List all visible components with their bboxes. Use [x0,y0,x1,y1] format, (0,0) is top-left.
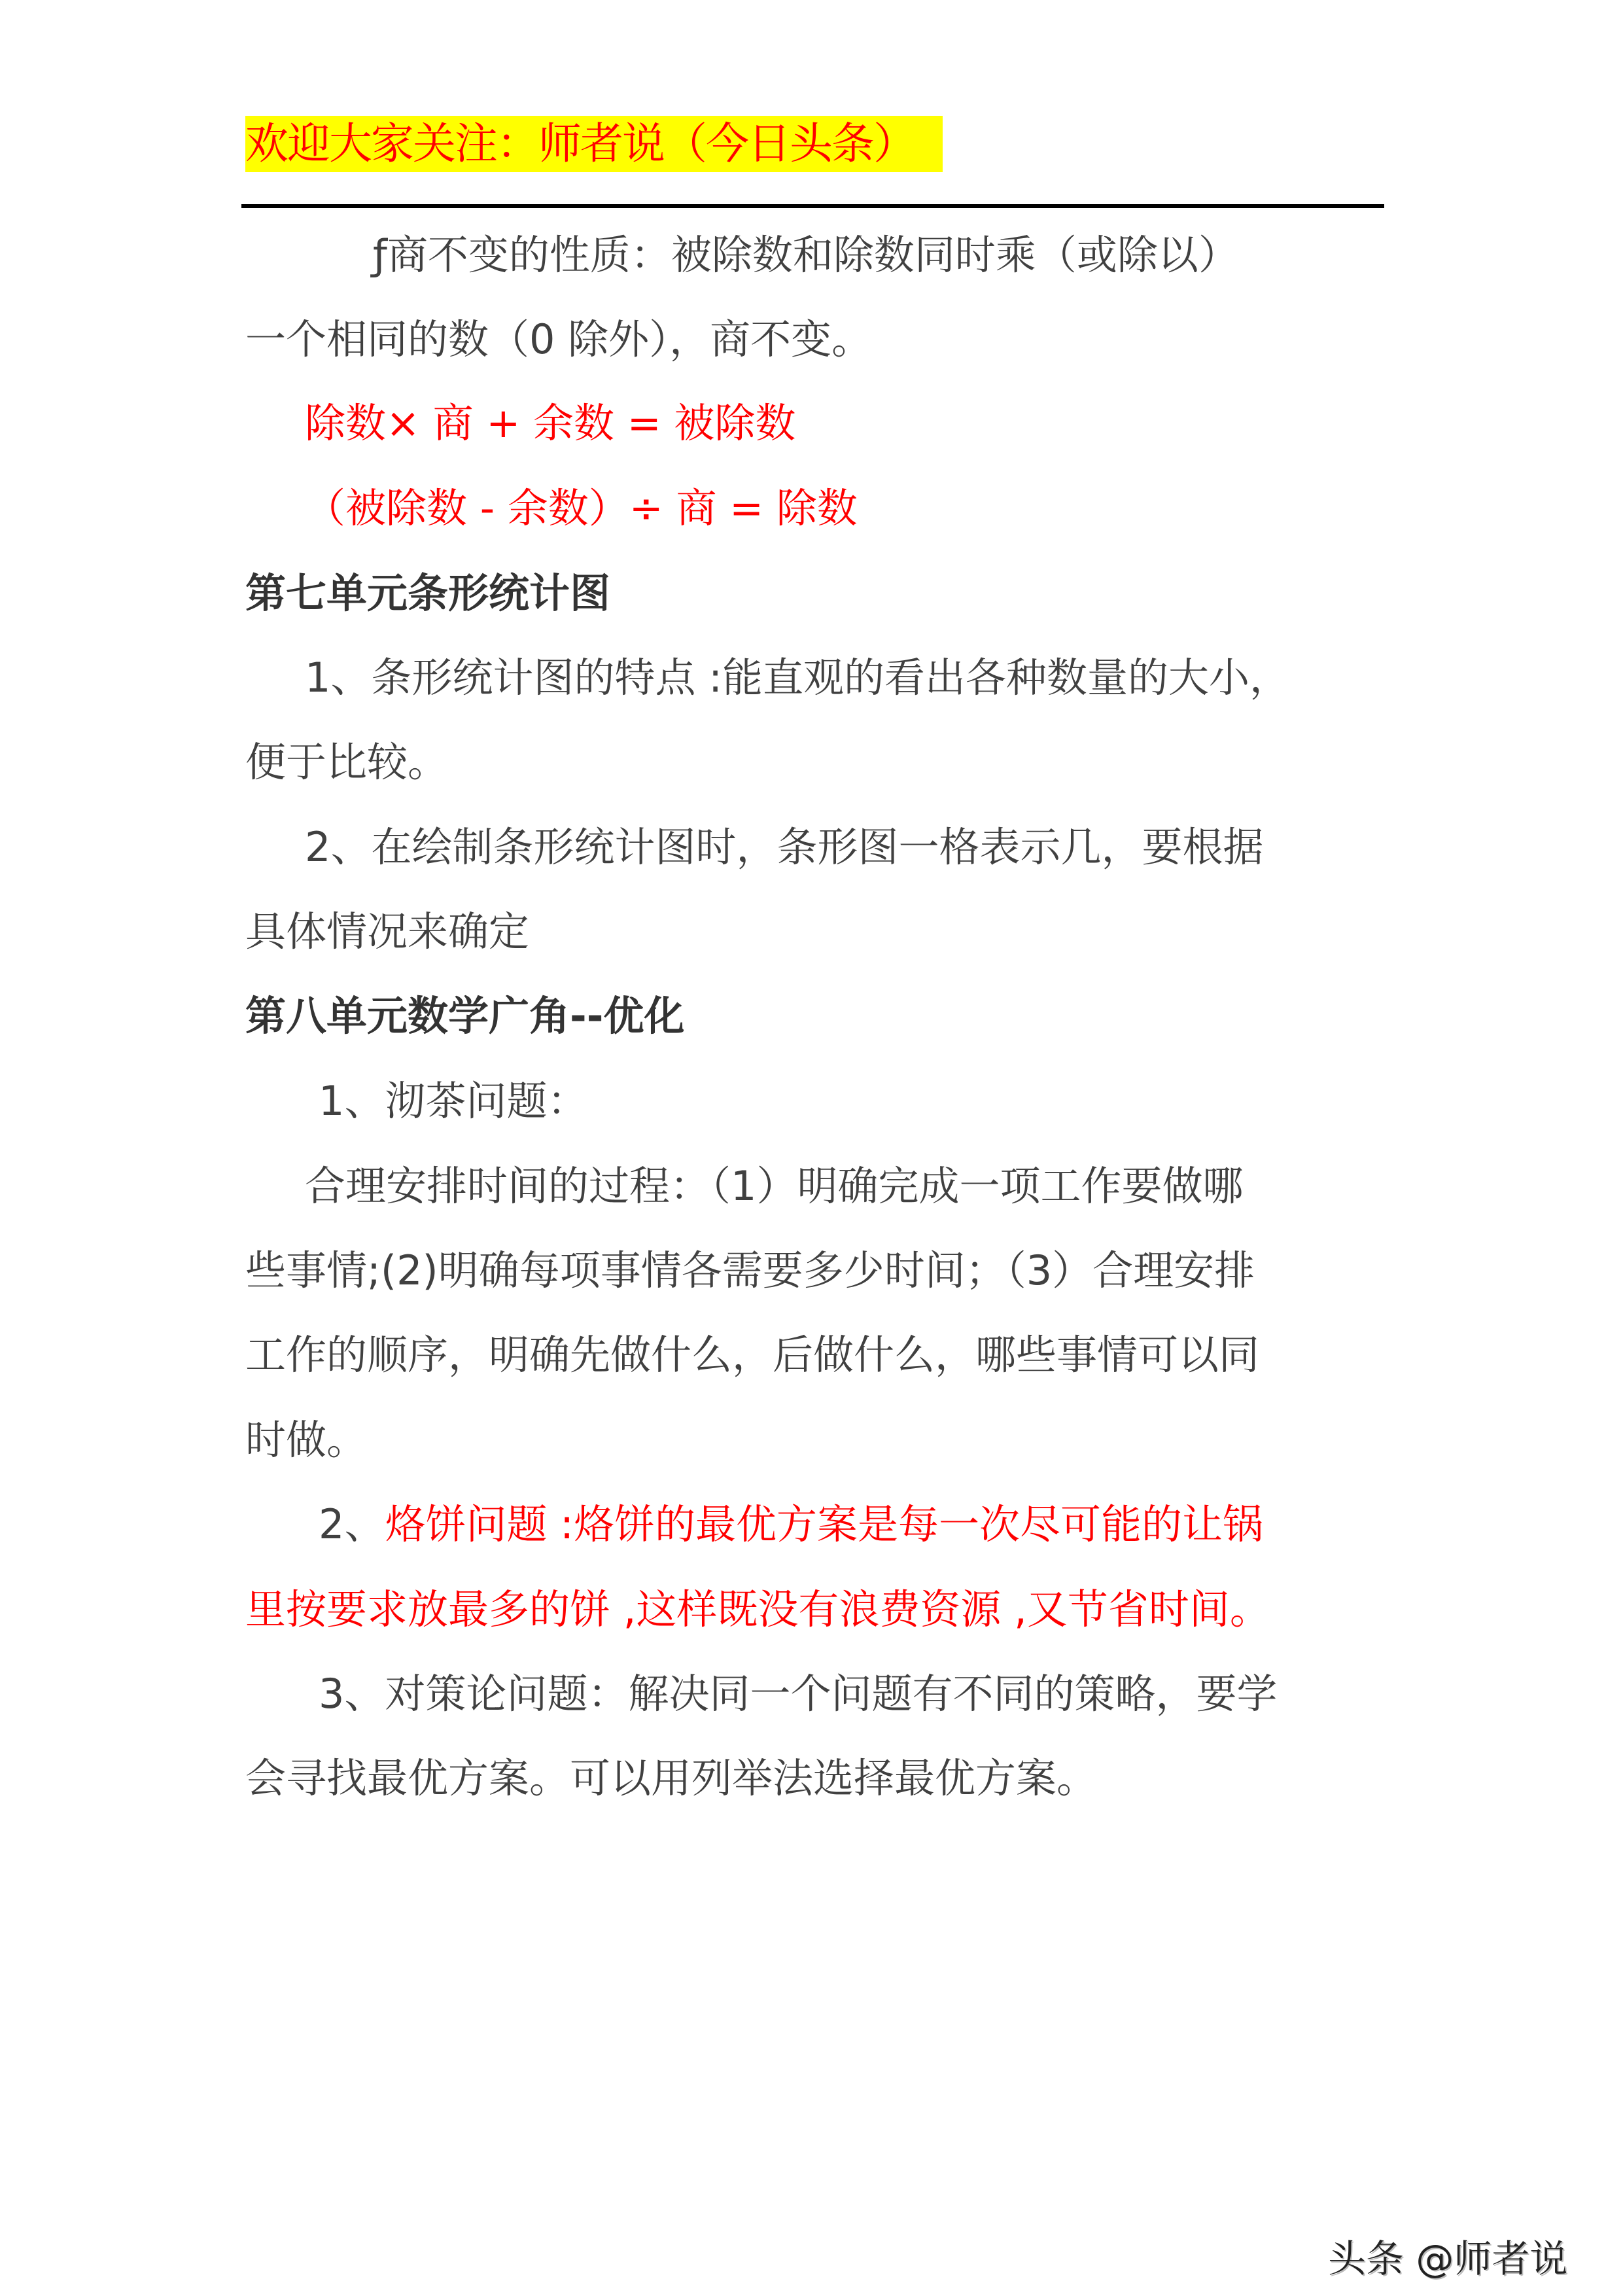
unit7-item1-line1: 1、条形统计图的特点 :能直观的看出各种数量的大小， [305,642,1290,714]
formula-2: （被除数 - 余数）÷ 商 = 除数 [305,472,858,544]
unit8-process-line-2: 些事情;(2)明确每项事情各需要多少时间；（3）合理安排 [245,1235,1255,1307]
intro-line-1: ƒ商不变的性质：被除数和除数同时乘（或除以） [373,219,1239,291]
unit8-item2-line1: 2、烙饼问题 :烙饼的最优方案是每一次尽可能的让锅 [319,1489,1263,1561]
unit8-heading: 第八单元数学广角--优化 [245,980,684,1052]
formula-1: 除数× 商 + 余数 = 被除数 [305,387,795,459]
unit8-process-line-3: 工作的顺序，明确先做什么，后做什么，哪些事情可以同 [245,1319,1259,1391]
watermark: 头条 @师者说 [1328,2228,1567,2283]
unit8-item2-text: 烙饼问题 :烙饼的最优方案是每一次尽可能的让锅 [385,1500,1263,1548]
unit8-item3-line1: 3、对策论问题：解决同一个问题有不同的策略，要学 [319,1658,1277,1730]
unit8-item2-line2: 里按要求放最多的饼 ,这样既没有浪费资源 ,又节省时间。 [245,1574,1270,1646]
unit7-item2-line1: 2、在绘制条形统计图时，条形图一格表示几，要根据 [305,811,1263,883]
follow-banner-text: 欢迎大家关注：师者说（今日头条） [245,120,915,168]
header-divider [241,204,1384,208]
unit8-item3-line2: 会寻找最优方案。可以用列举法选择最优方案。 [245,1742,1097,1814]
intro-line-2: 一个相同的数（0 除外），商不变。 [245,304,872,376]
unit8-process-line-4: 时做。 [245,1404,367,1476]
unit8-process-line-1: 合理安排时间的过程：（1）明确完成一项工作要做哪 [305,1150,1243,1222]
follow-banner: 欢迎大家关注：师者说（今日头条） [245,116,943,172]
unit8-item1-title: 1、沏茶问题： [319,1065,587,1137]
unit7-heading: 第七单元条形统计图 [245,557,610,629]
unit7-item2-line2: 具体情况来确定 [245,896,529,968]
unit8-item2-number: 2、 [319,1500,385,1548]
unit7-item1-line2: 便于比较。 [245,726,448,798]
